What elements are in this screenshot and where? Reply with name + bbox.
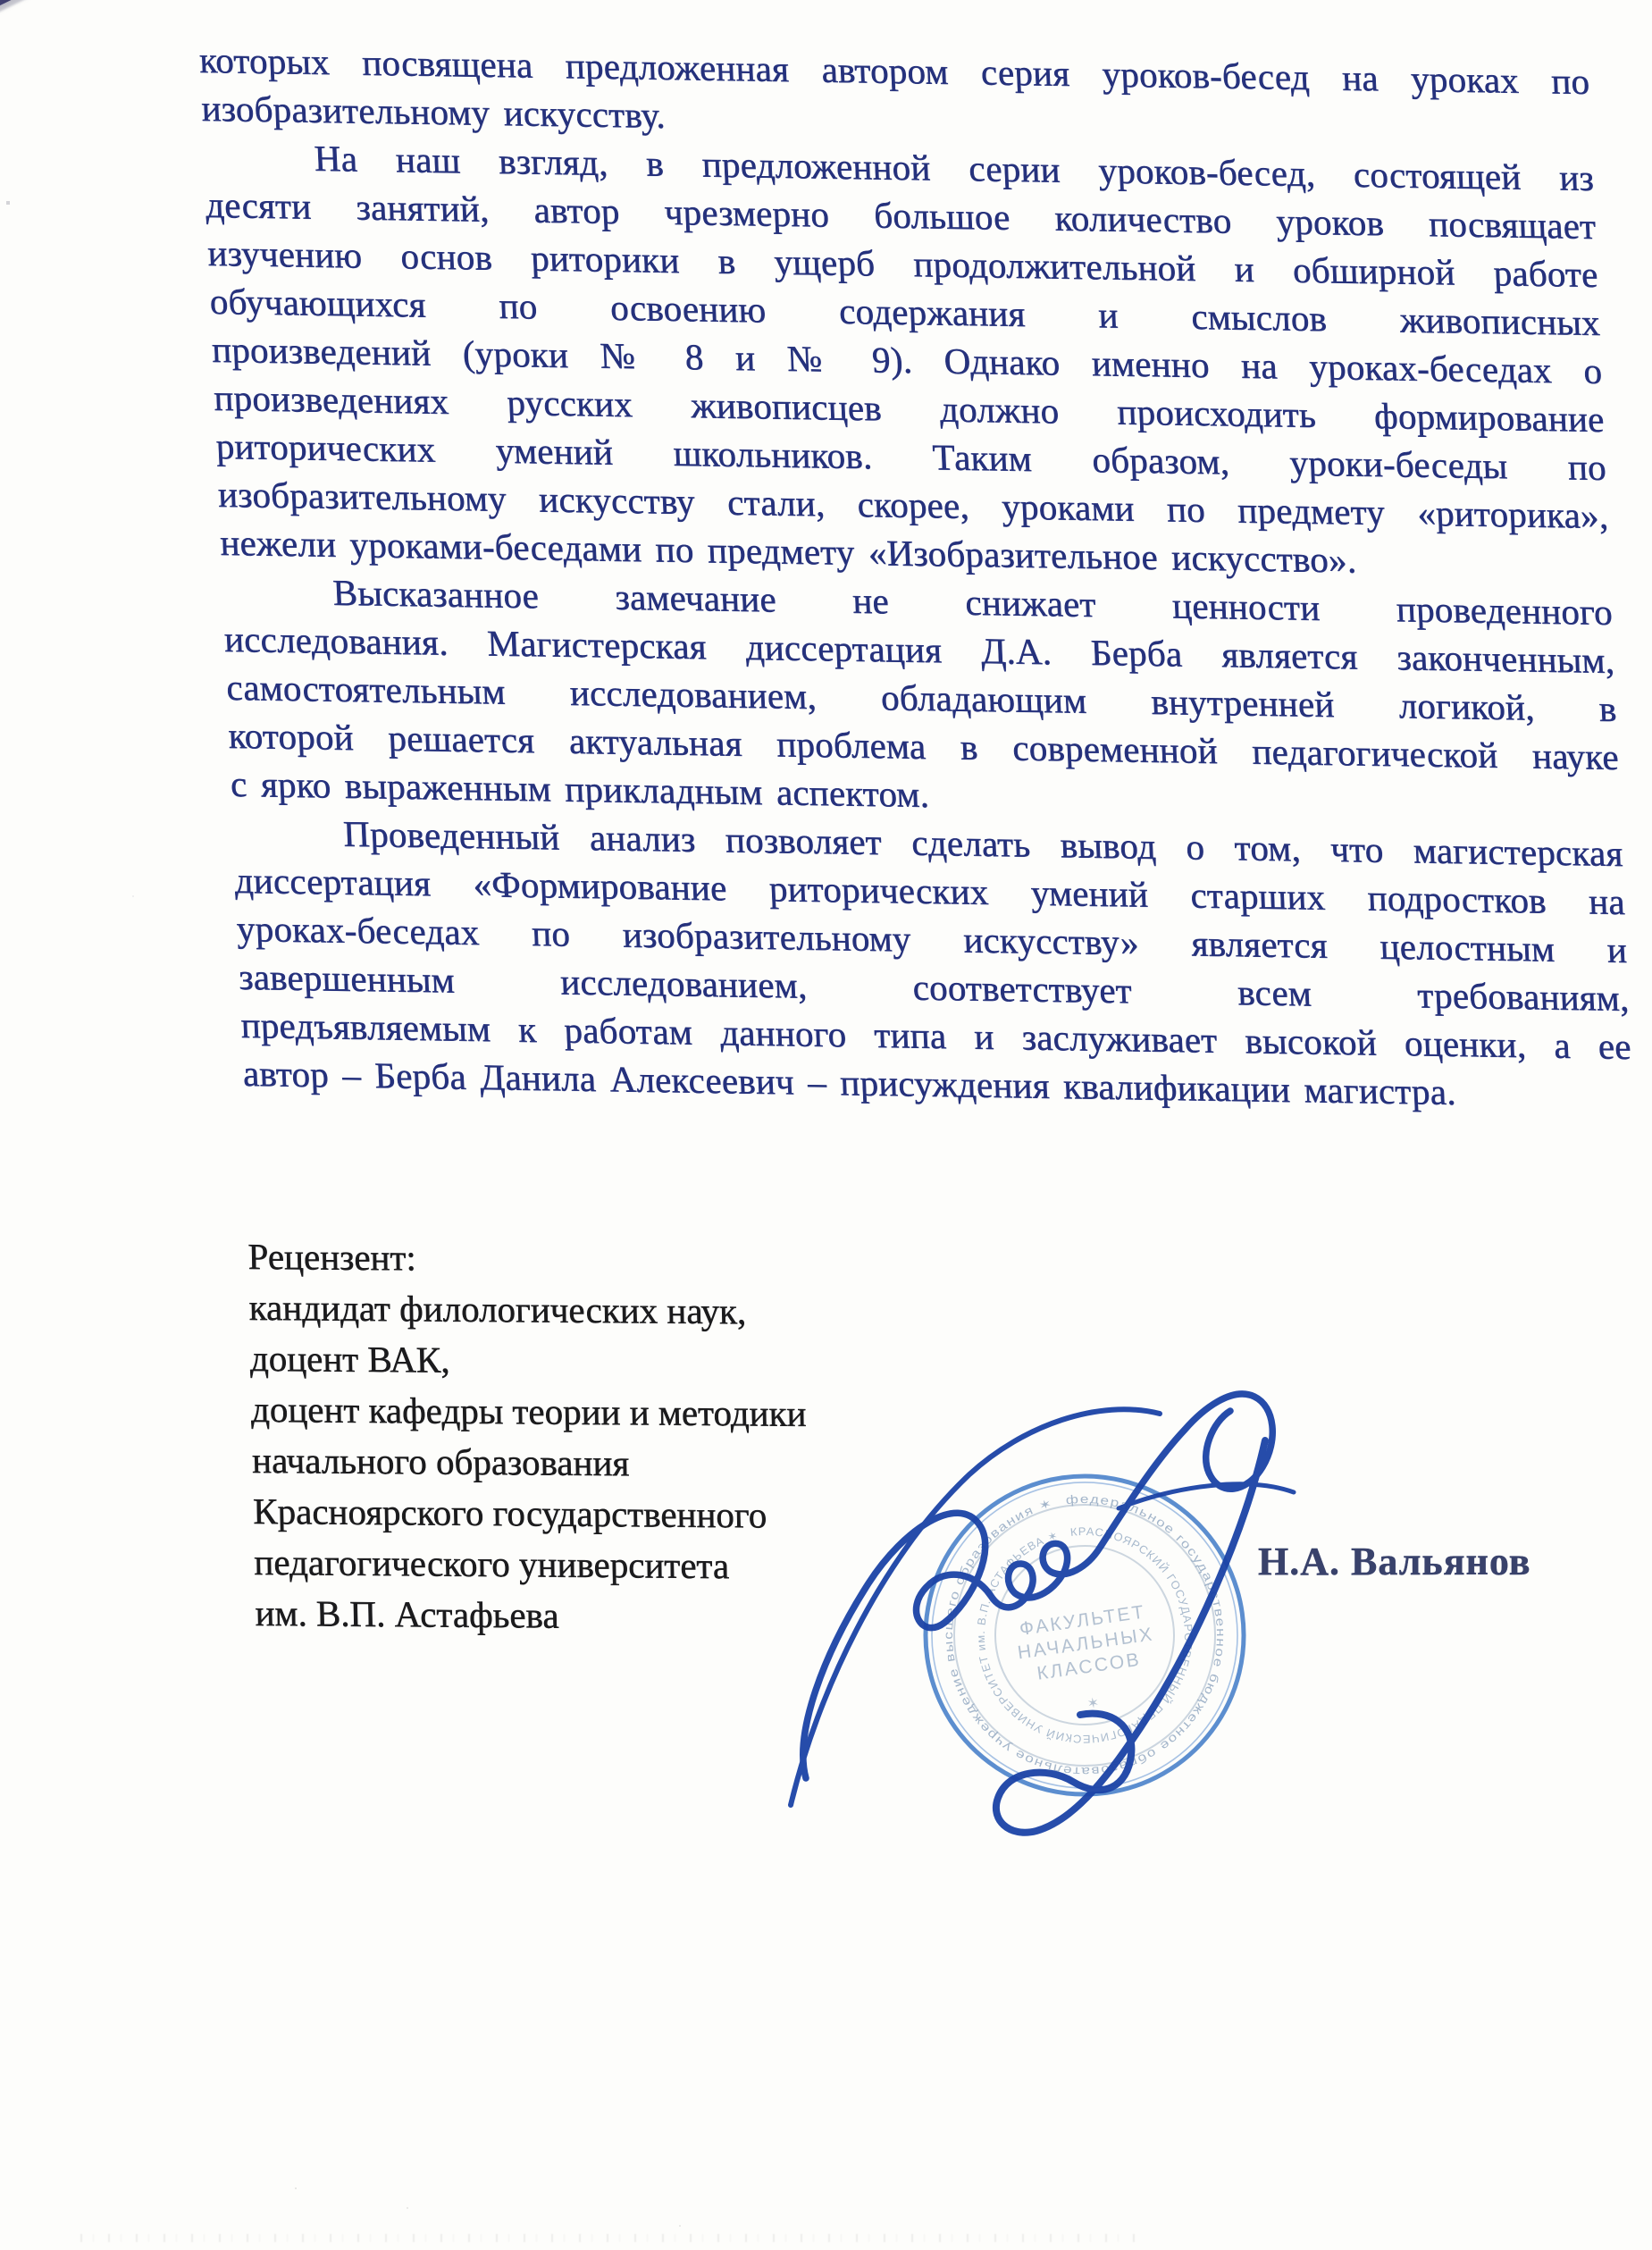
scan-noise-speckles	[0, 0, 2, 2]
signature	[768, 1358, 1304, 1859]
signature-stroke-flick	[1119, 1484, 1294, 1508]
signature-svg	[768, 1358, 1304, 1859]
scan-corner-artifact	[0, 0, 79, 11]
reviewer-label: Рецензент:	[247, 1231, 927, 1288]
signature-stroke-sweep	[791, 1409, 1160, 1805]
signature-stroke-scrawl	[803, 1394, 1272, 1778]
review-body-text: которых посвящена предложенная автором с…	[198, 36, 1634, 1119]
scanned-review-page: которых посвящена предложенная автором с…	[0, 0, 1652, 2250]
reviewer-line: кандидат филологических наук,	[248, 1282, 928, 1339]
scan-bottom-streak	[80, 2234, 1135, 2242]
